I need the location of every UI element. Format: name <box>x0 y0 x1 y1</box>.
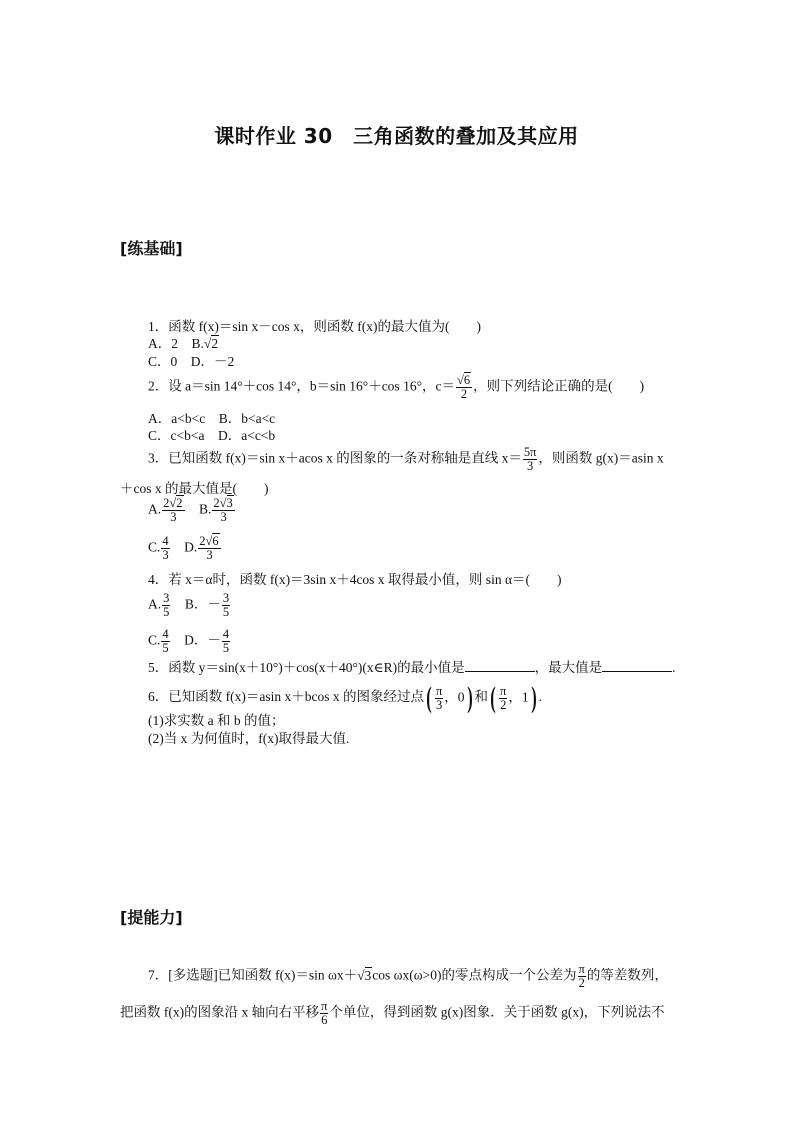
q4-option-a-label: A. <box>148 597 161 612</box>
q3-option-a-fraction: 2√23 <box>162 497 184 524</box>
section-heading-advanced: [提能力] <box>120 905 183 928</box>
q2-stem-part2: ，则下列结论正确的是( ) <box>473 379 644 394</box>
q3-option-c-fraction: 43 <box>161 535 169 562</box>
q1-body: f(x)＝sin x－cos x，则函数 f(x)的最大值为( ) <box>199 319 481 334</box>
q3-axis-fraction: 5π3 <box>523 446 538 473</box>
q7-stem-part2: cos ωx(ω>0)的零点构成一个公差为 <box>372 968 576 983</box>
q3-option-d-label: D. <box>184 540 197 555</box>
q7-line2-part2: 个单位，得到函数 g(x)图象．关于函数 g(x)，下列说法不 <box>329 1005 664 1020</box>
q3-option-b-fraction: 2√33 <box>212 497 234 524</box>
q3-option-a-label: A. <box>148 502 161 517</box>
question-3-stem-line2: ＋cos x 的最大值是( ) <box>120 480 269 497</box>
q2-c-fraction: √62 <box>456 374 472 401</box>
question-7-stem: 7．[多选题]已知函数 f(x)＝sin ωx＋√3cos ωx(ω>0)的零点… <box>148 963 668 990</box>
question-2-options-ab: A．a<b<c B．b<a<c <box>148 410 275 427</box>
q6-end: . <box>539 689 542 704</box>
q7-stem-part3: 的等差数列， <box>587 968 668 983</box>
question-7-line2: 把函数 f(x)的图象沿 x 轴向右平移π6个单位，得到函数 g(x)图象．关于… <box>120 1000 665 1027</box>
section-heading-basic: [练基础] <box>120 236 183 259</box>
question-3-options-cd: C.43 D.2√63 <box>148 535 222 562</box>
q1-prefix: 1．函数 <box>148 319 199 334</box>
q6-point2: π2，1 <box>498 685 529 712</box>
question-1-stem: 1．函数 f(x)＝sin x－cos x，则函数 f(x)的最大值为( ) <box>148 318 481 335</box>
q5-stem-part1: 5．函数 y＝sin(x＋10°)＋cos(x＋40°)(x∈R)的最小值是 <box>148 660 465 675</box>
sqrt-icon: √2 <box>204 335 219 352</box>
q1-option-b-label: B. <box>192 336 204 351</box>
q7-line2-part1: 把函数 f(x)的图象沿 x 轴向右平移 <box>120 1005 319 1020</box>
question-6-sub2: (2)当 x 为何值时，f(x)取得最大值. <box>148 730 349 747</box>
question-4-stem: 4．若 x＝α时，函数 f(x)＝3sin x＋4cos x 取得最小值，则 s… <box>148 571 562 588</box>
left-paren-icon: ( <box>490 683 496 713</box>
question-5-stem: 5．函数 y＝sin(x＋10°)＋cos(x＋40°)(x∈R)的最小值是，最… <box>148 659 676 676</box>
page-title: 课时作业 30 三角函数的叠加及其应用 <box>0 120 793 149</box>
q4-option-b-fraction: 35 <box>222 592 230 619</box>
q7-shift-fraction: π6 <box>320 1000 328 1027</box>
q6-connector: 和 <box>475 689 489 704</box>
question-2-stem: 2．设 a＝sin 14°＋cos 14°，b＝sin 16°＋cos 16°，… <box>148 374 644 401</box>
q4-option-a-fraction: 35 <box>162 592 170 619</box>
question-2-options-cd: C．c<b<a D．a<c<b <box>148 427 275 444</box>
q2-c-numerator: 6 <box>464 372 471 387</box>
q7-diff-fraction: π2 <box>578 963 586 990</box>
q7-stem-part1: 7．[多选题]已知函数 f(x)＝sin ωx＋ <box>148 968 357 983</box>
q6-stem-part1: 6．已知函数 f(x)＝asin x＋bcos x 的图象经过点 <box>148 689 424 704</box>
q3-axis-numerator: 5π <box>523 446 538 460</box>
q3-stem-part2: ，则函数 g(x)＝asin x <box>538 451 663 466</box>
q1-option-a: A．2 <box>148 336 178 351</box>
right-paren-icon: ) <box>531 683 537 713</box>
question-1-options-cd: C．0 D．－2 <box>148 353 234 370</box>
sqrt-icon: √3 <box>357 967 372 984</box>
q1-option-b-value: 2 <box>211 335 219 351</box>
left-paren-icon: ( <box>426 683 432 713</box>
q3-stem-part1: 3．已知函数 f(x)＝sin x＋acos x 的图象的一条对称轴是直线 x＝ <box>148 451 522 466</box>
q4-option-d-fraction: 45 <box>222 628 230 655</box>
question-4-options-ab: A.35 B．－35 <box>148 592 231 619</box>
q6-point1: π3，0 <box>434 685 465 712</box>
question-6-stem: 6．已知函数 f(x)＝asin x＋bcos x 的图象经过点(π3，0)和(… <box>148 683 542 713</box>
q2-stem-part1: 2．设 a＝sin 14°＋cos 14°，b＝sin 16°＋cos 16°，… <box>148 379 455 394</box>
q5-min-blank[interactable] <box>465 659 535 672</box>
q4-option-c-label: C. <box>148 633 160 648</box>
q4-option-d-label: D． <box>184 633 207 648</box>
q5-stem-part2: ，最大值是 <box>535 660 603 675</box>
question-3-stem: 3．已知函数 f(x)＝sin x＋acos x 的图象的一条对称轴是直线 x＝… <box>148 446 664 473</box>
question-1-options-ab: A．2 B.√2 <box>148 335 219 352</box>
q4-option-c-fraction: 45 <box>161 628 169 655</box>
right-paren-icon: ) <box>467 683 473 713</box>
q3-option-d-fraction: 2√63 <box>198 535 220 562</box>
q2-c-denominator: 2 <box>456 388 472 401</box>
question-6-sub1: (1)求实数 a 和 b 的值； <box>148 712 284 729</box>
q3-option-c-label: C. <box>148 540 160 555</box>
question-4-options-cd: C.45 D．－45 <box>148 628 231 655</box>
q5-end: . <box>672 660 675 675</box>
q4-option-b-label: B． <box>185 597 208 612</box>
q3-axis-denominator: 3 <box>523 460 538 473</box>
question-3-options-ab: A.2√23 B.2√33 <box>148 497 236 524</box>
q3-option-b-label: B. <box>199 502 211 517</box>
q5-max-blank[interactable] <box>602 659 672 672</box>
